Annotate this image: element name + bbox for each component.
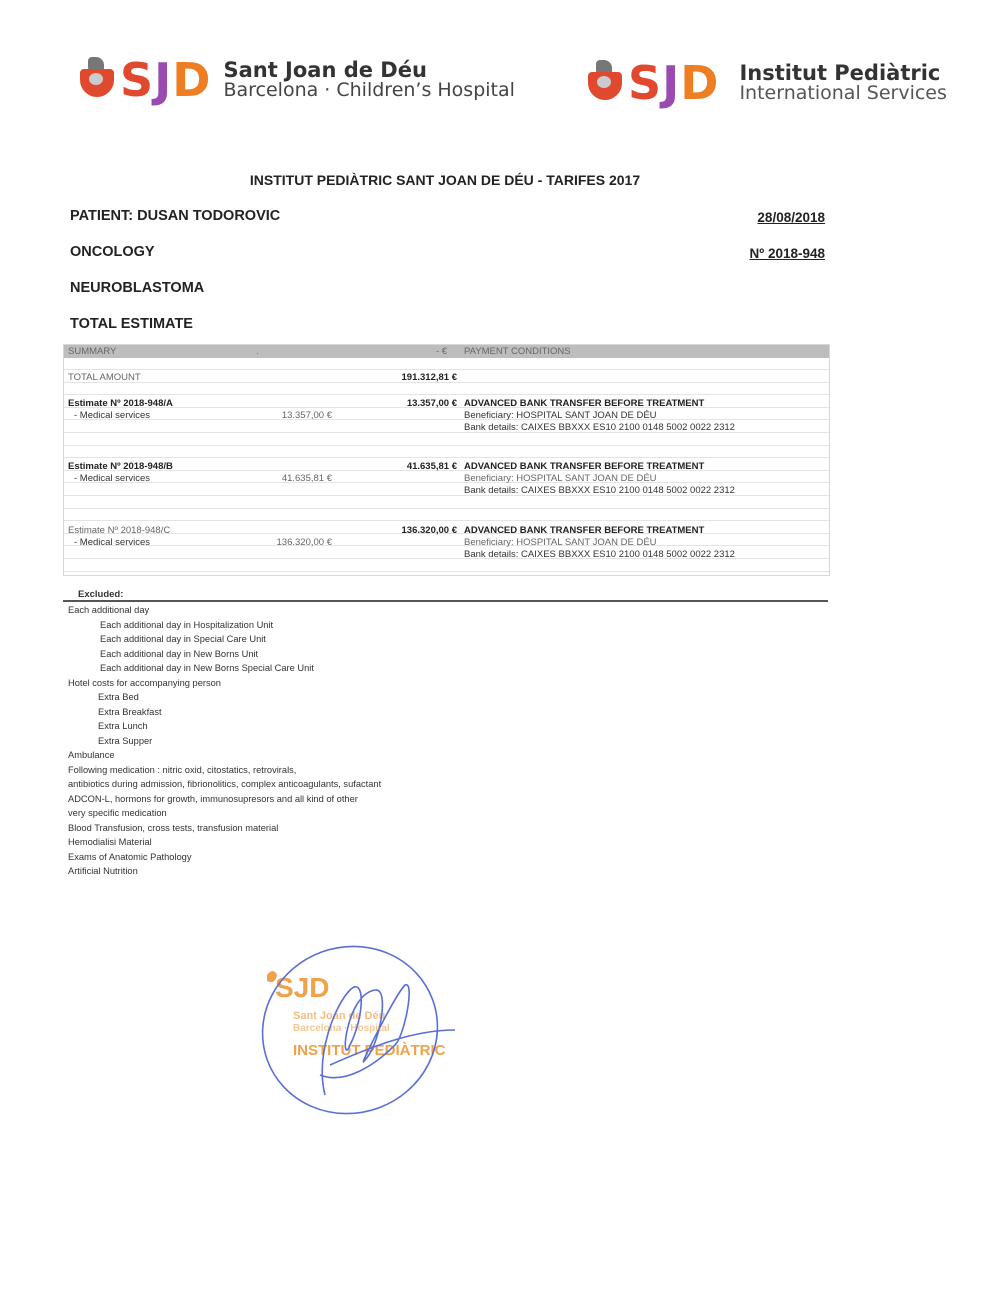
estimate-number: Nº 2018-948 bbox=[750, 246, 825, 261]
header-currency: - € bbox=[436, 346, 447, 357]
excluded-item: Exams of Anatomic Pathology bbox=[68, 850, 381, 865]
estimate-a-bank: Bank details: CAIXES BBXXX ES10 2100 014… bbox=[464, 422, 735, 433]
stamp-line2: Barcelona · Hospital bbox=[293, 1023, 390, 1034]
sjd-logo-letters: SJD bbox=[628, 60, 719, 106]
estimate-b-item-value: 41.635,81 € bbox=[282, 473, 332, 484]
estimate-c-total: 136.320,00 € bbox=[402, 525, 457, 536]
excluded-divider bbox=[63, 600, 828, 602]
estimate-b-bank: Bank details: CAIXES BBXXX ES10 2100 014… bbox=[464, 485, 735, 496]
excluded-item: Following medication : nitric oxid, cito… bbox=[68, 763, 381, 778]
estimate-a-payment: ADVANCED BANK TRANSFER BEFORE TREATMENT bbox=[464, 398, 704, 409]
sjd-emblem-icon bbox=[588, 58, 628, 108]
estimate-c-item: - Medical services bbox=[74, 537, 150, 548]
estimate-a-item-value: 13.357,00 € bbox=[282, 410, 332, 421]
table-rule bbox=[64, 520, 829, 521]
document-date: 28/08/2018 bbox=[757, 210, 825, 225]
patient-name: PATIENT: DUSAN TODOROVIC bbox=[70, 208, 280, 224]
total-amount-label: TOTAL AMOUNT bbox=[68, 372, 141, 383]
excluded-item: Each additional day bbox=[68, 603, 381, 618]
excluded-item: Hotel costs for accompanying person bbox=[68, 676, 381, 691]
table-rule bbox=[64, 419, 829, 420]
stamp-mark: SJD bbox=[275, 972, 329, 1003]
table-rule bbox=[64, 545, 829, 546]
logo-line1: Sant Joan de Déu bbox=[223, 59, 514, 81]
estimate-a-item: - Medical services bbox=[74, 410, 150, 421]
sjd-logo-letters: SJD bbox=[120, 57, 211, 103]
header-dot: . bbox=[256, 346, 259, 357]
estimate-b-payment: ADVANCED BANK TRANSFER BEFORE TREATMENT bbox=[464, 461, 704, 472]
sjd-institut-logo: SJD Institut Pediàtric International Ser… bbox=[588, 58, 947, 108]
summary-table: SUMMARY . - € PAYMENT CONDITIONS TOTAL A… bbox=[63, 344, 830, 576]
section-title: TOTAL ESTIMATE bbox=[70, 316, 193, 332]
excluded-item: Each additional day in New Borns Special… bbox=[68, 661, 381, 676]
excluded-item: Ambulance bbox=[68, 748, 381, 763]
signature-stamp: SJD Sant Joan de Déu Barcelona · Hospita… bbox=[255, 935, 475, 1135]
table-rule bbox=[64, 482, 829, 483]
header-payment-conditions: PAYMENT CONDITIONS bbox=[464, 346, 571, 357]
sjd-hospital-logo: SJD Sant Joan de Déu Barcelona · Childre… bbox=[80, 55, 515, 105]
summary-table-header: SUMMARY . - € PAYMENT CONDITIONS bbox=[64, 345, 829, 358]
table-rule bbox=[64, 508, 829, 509]
table-rule bbox=[64, 457, 829, 458]
excluded-item: very specific medication bbox=[68, 806, 381, 821]
table-rule bbox=[64, 394, 829, 395]
excluded-item: Extra Bed bbox=[68, 690, 381, 705]
excluded-item: Extra Supper bbox=[68, 734, 381, 749]
estimate-c-label: Estimate Nº 2018-948/C bbox=[68, 525, 170, 536]
excluded-item: Blood Transfusion, cross tests, transfus… bbox=[68, 821, 381, 836]
logo-line2: International Services bbox=[739, 84, 946, 104]
excluded-item: Each additional day in New Borns Unit bbox=[68, 647, 381, 662]
excluded-title: Excluded: bbox=[78, 589, 123, 600]
estimate-b-label: Estimate Nº 2018-948/B bbox=[68, 461, 173, 472]
table-rule bbox=[64, 445, 829, 446]
excluded-item: antibiotics during admission, fibrionoli… bbox=[68, 777, 381, 792]
signature-icon bbox=[255, 935, 461, 1135]
estimate-c-beneficiary: Beneficiary: HOSPITAL SANT JOAN DE DÉU bbox=[464, 537, 657, 548]
excluded-item: Extra Lunch bbox=[68, 719, 381, 734]
header-summary: SUMMARY bbox=[68, 346, 116, 357]
sjd-emblem-icon bbox=[80, 55, 120, 105]
excluded-item: Hemodialisi Material bbox=[68, 835, 381, 850]
stamp-line3: INSTITUT PEDIÀTRIC bbox=[293, 1042, 446, 1059]
estimate-a-label: Estimate Nº 2018-948/A bbox=[68, 398, 173, 409]
stamp-line1: Sant Joan de Déu bbox=[293, 1010, 385, 1022]
logo-line2: Barcelona · Children’s Hospital bbox=[223, 81, 514, 101]
table-rule bbox=[64, 369, 829, 370]
excluded-item: Artificial Nutrition bbox=[68, 864, 381, 879]
excluded-list: Each additional dayEach additional day i… bbox=[68, 603, 381, 879]
estimate-c-item-value: 136.320,00 € bbox=[277, 537, 332, 548]
excluded-item: Each additional day in Hospitalization U… bbox=[68, 618, 381, 633]
document-title: INSTITUT PEDIÀTRIC SANT JOAN DE DÉU - TA… bbox=[0, 172, 890, 188]
estimate-a-total: 13.357,00 € bbox=[407, 398, 457, 409]
estimate-b-beneficiary: Beneficiary: HOSPITAL SANT JOAN DE DÉU bbox=[464, 473, 657, 484]
excluded-item: ADCON-L, hormons for growth, immunosupre… bbox=[68, 792, 381, 807]
department: ONCOLOGY bbox=[70, 244, 155, 260]
excluded-item: Each additional day in Special Care Unit bbox=[68, 632, 381, 647]
estimate-b-item: - Medical services bbox=[74, 473, 150, 484]
diagnosis: NEUROBLASTOMA bbox=[70, 280, 204, 296]
estimate-b-total: 41.635,81 € bbox=[407, 461, 457, 472]
estimate-c-payment: ADVANCED BANK TRANSFER BEFORE TREATMENT bbox=[464, 525, 704, 536]
sjd-stamp: SJD Sant Joan de Déu Barcelona · Hospita… bbox=[267, 971, 446, 1059]
total-amount-value: 191.312,81 € bbox=[402, 372, 457, 383]
table-rule bbox=[64, 571, 829, 572]
excluded-item: Extra Breakfast bbox=[68, 705, 381, 720]
logo-line1: Institut Pediàtric bbox=[739, 62, 946, 84]
estimate-c-bank: Bank details: CAIXES BBXXX ES10 2100 014… bbox=[464, 549, 735, 560]
estimate-a-beneficiary: Beneficiary: HOSPITAL SANT JOAN DE DÉU bbox=[464, 410, 657, 421]
